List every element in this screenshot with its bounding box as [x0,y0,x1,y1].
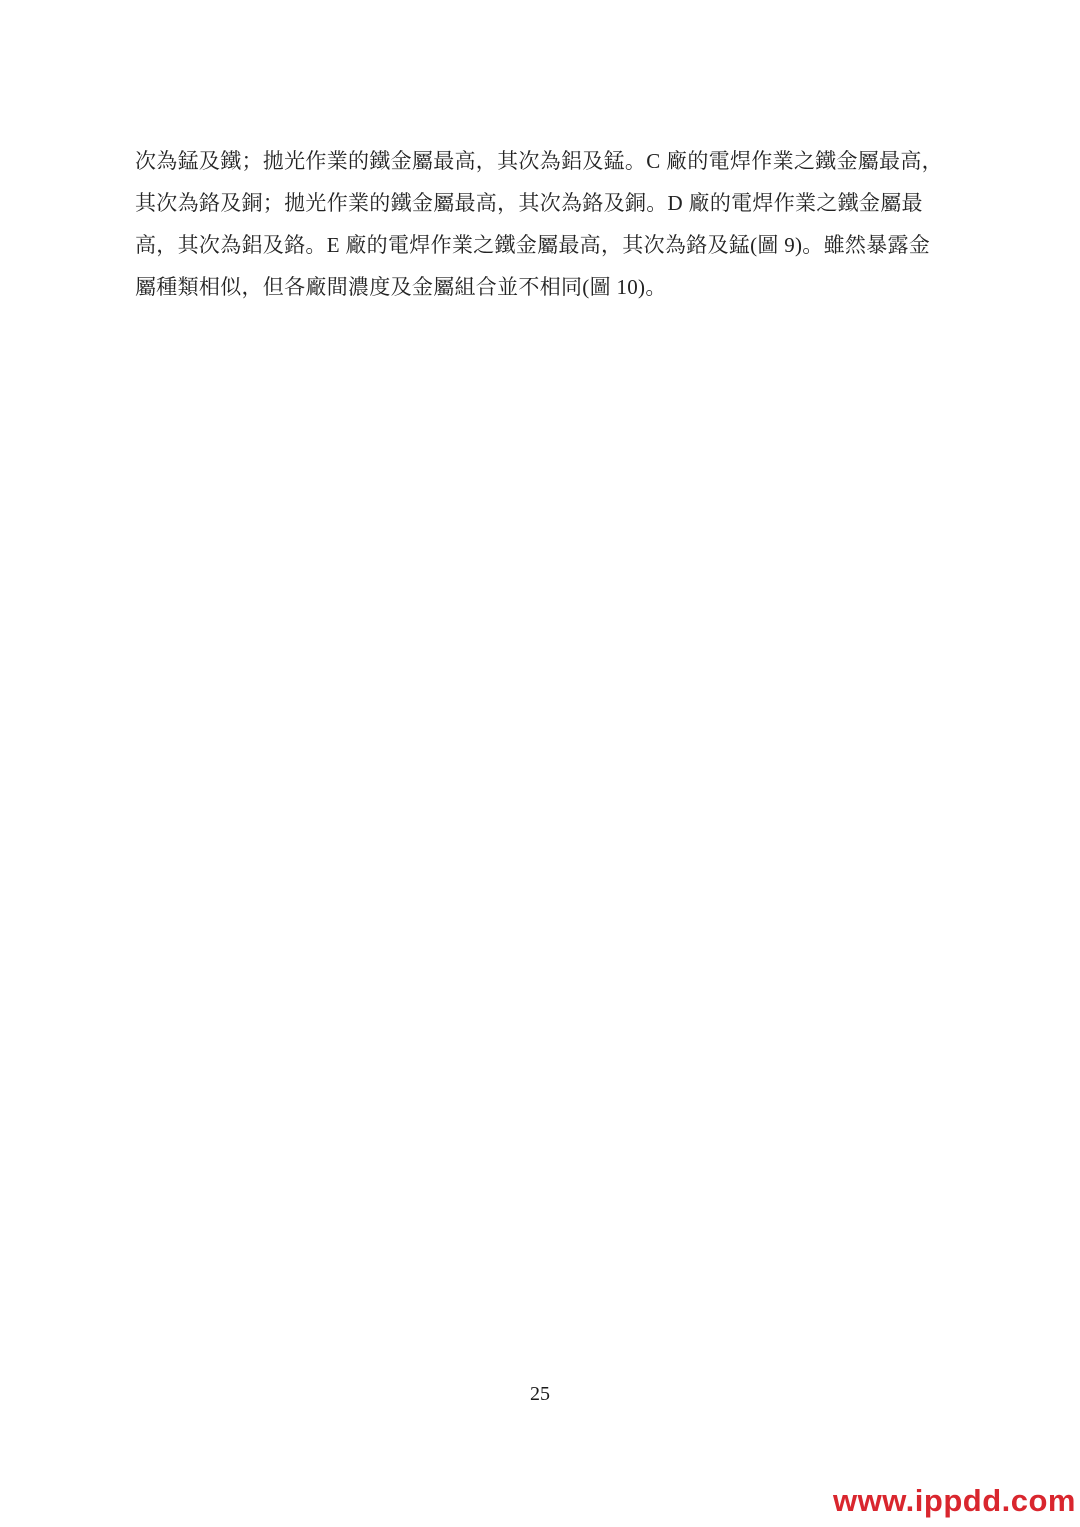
paragraph-line: 高，其次為鋁及鉻。E 廠的電焊作業之鐵金屬最高，其次為鉻及錳(圖 9)。雖然暴露… [135,224,950,266]
watermark-url: www.ippdd.com [833,1483,1076,1519]
paragraph-line: 次為錳及鐵；拋光作業的鐵金屬最高，其次為鋁及錳。C 廠的電焊作業之鐵金屬最高， [135,140,950,182]
paragraph-line: 其次為鉻及銅；拋光作業的鐵金屬最高，其次為鉻及銅。D 廠的電焊作業之鐵金屬最 [135,182,950,224]
body-paragraph: 次為錳及鐵；拋光作業的鐵金屬最高，其次為鋁及錳。C 廠的電焊作業之鐵金屬最高， … [135,140,950,308]
paragraph-line: 屬種類相似，但各廠間濃度及金屬組合並不相同(圖 10)。 [135,266,950,308]
document-page: 次為錳及鐵；拋光作業的鐵金屬最高，其次為鋁及錳。C 廠的電焊作業之鐵金屬最高， … [0,0,1080,1527]
page-number: 25 [0,1383,1080,1406]
